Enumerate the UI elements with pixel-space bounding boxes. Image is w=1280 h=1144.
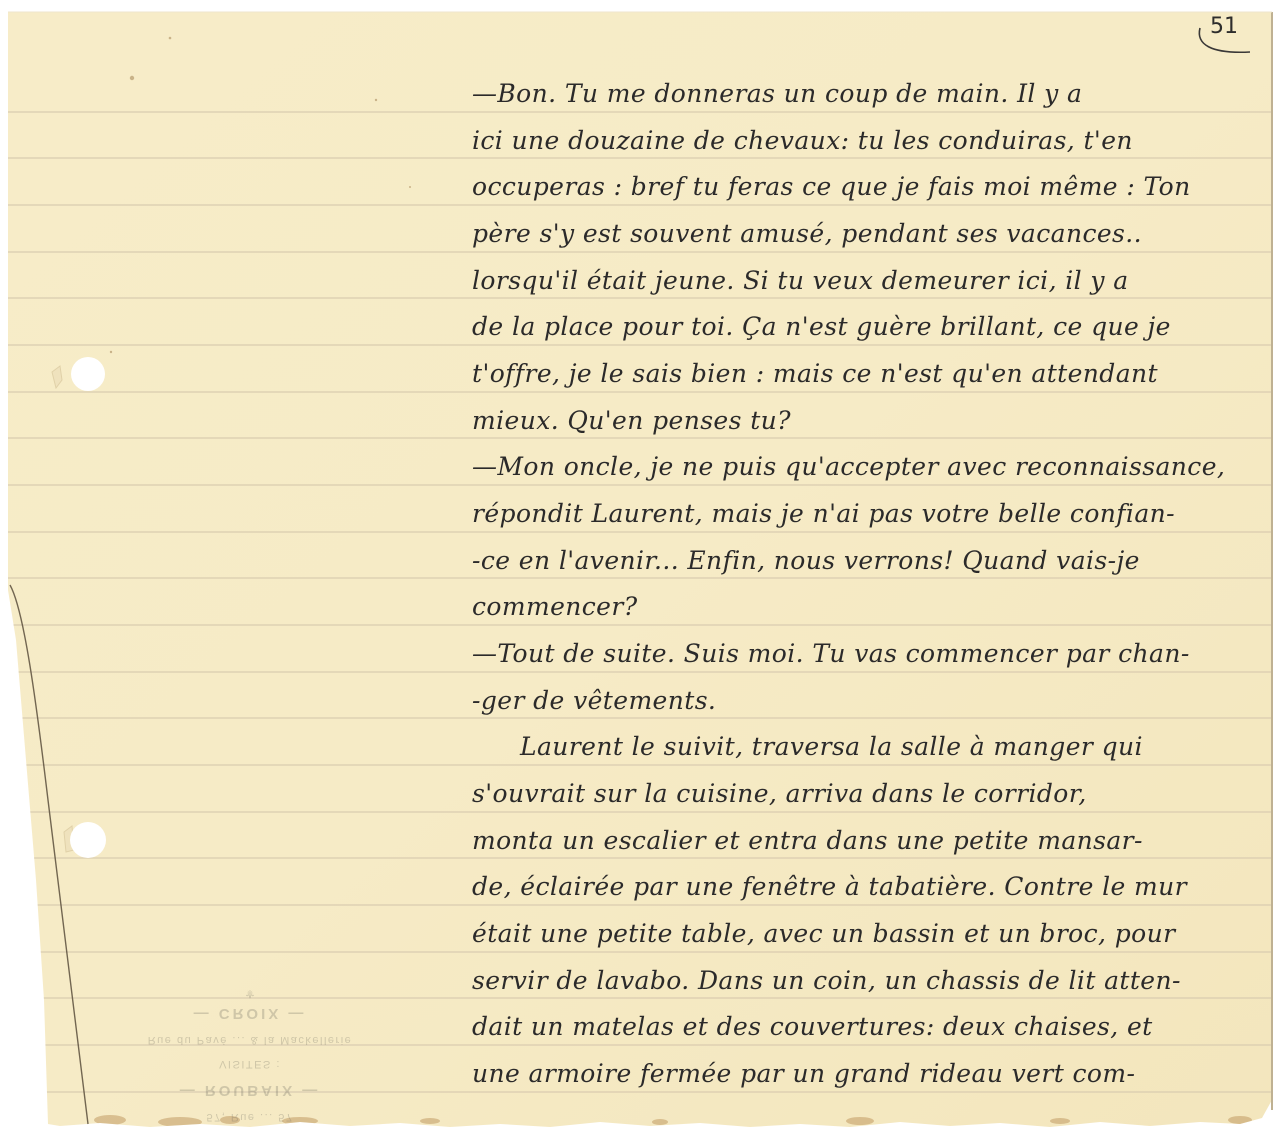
text-line-15: Laurent le suivit, traversa la salle à m… <box>520 727 1280 767</box>
text-line-5: lorsqu'il était jeune. Si tu veux demeur… <box>472 261 1272 301</box>
text-line-7: t'offre, je le sais bien : mais ce n'est… <box>472 354 1272 394</box>
text-line-13: —Tout de suite. Suis moi. Tu vas commenc… <box>472 634 1272 674</box>
text-line-19: était une petite table, avec un bassin e… <box>472 914 1272 954</box>
text-line-22: une armoire fermée par un grand rideau v… <box>472 1054 1272 1094</box>
manuscript-page: 57, Rue ... 57 — ROUBAIX — VISITES : Rue… <box>0 0 1280 1144</box>
text-line-8: mieux. Qu'en penses tu? <box>472 401 1272 441</box>
text-line-21: dait un matelas et des couvertures: deux… <box>472 1007 1272 1047</box>
text-line-16: s'ouvrait sur la cuisine, arriva dans le… <box>472 774 1272 814</box>
text-line-9: —Mon oncle, je ne puis qu'accepter avec … <box>472 447 1272 487</box>
text-line-1: —Bon. Tu me donneras un coup de main. Il… <box>472 74 1272 114</box>
handwritten-text: —Bon. Tu me donneras un coup de main. Il… <box>0 0 1280 1144</box>
text-line-20: servir de lavabo. Dans un coin, un chass… <box>472 961 1272 1001</box>
text-line-6: de la place pour toi. Ça n'est guère bri… <box>472 307 1272 347</box>
text-line-14: -ger de vêtements. <box>472 681 1272 721</box>
text-line-10: répondit Laurent, mais je n'ai pas votre… <box>472 494 1272 534</box>
text-line-12: commencer? <box>472 587 1272 627</box>
text-line-2: ici une douzaine de chevaux: tu les cond… <box>472 121 1272 161</box>
text-line-18: de, éclairée par une fenêtre à tabatière… <box>472 867 1272 907</box>
text-line-3: occuperas : bref tu feras ce que je fais… <box>472 167 1272 207</box>
text-line-11: -ce en l'avenir... Enfin, nous verrons! … <box>472 541 1272 581</box>
text-line-4: père s'y est souvent amusé, pendant ses … <box>472 214 1272 254</box>
text-line-17: monta un escalier et entra dans une peti… <box>472 821 1272 861</box>
